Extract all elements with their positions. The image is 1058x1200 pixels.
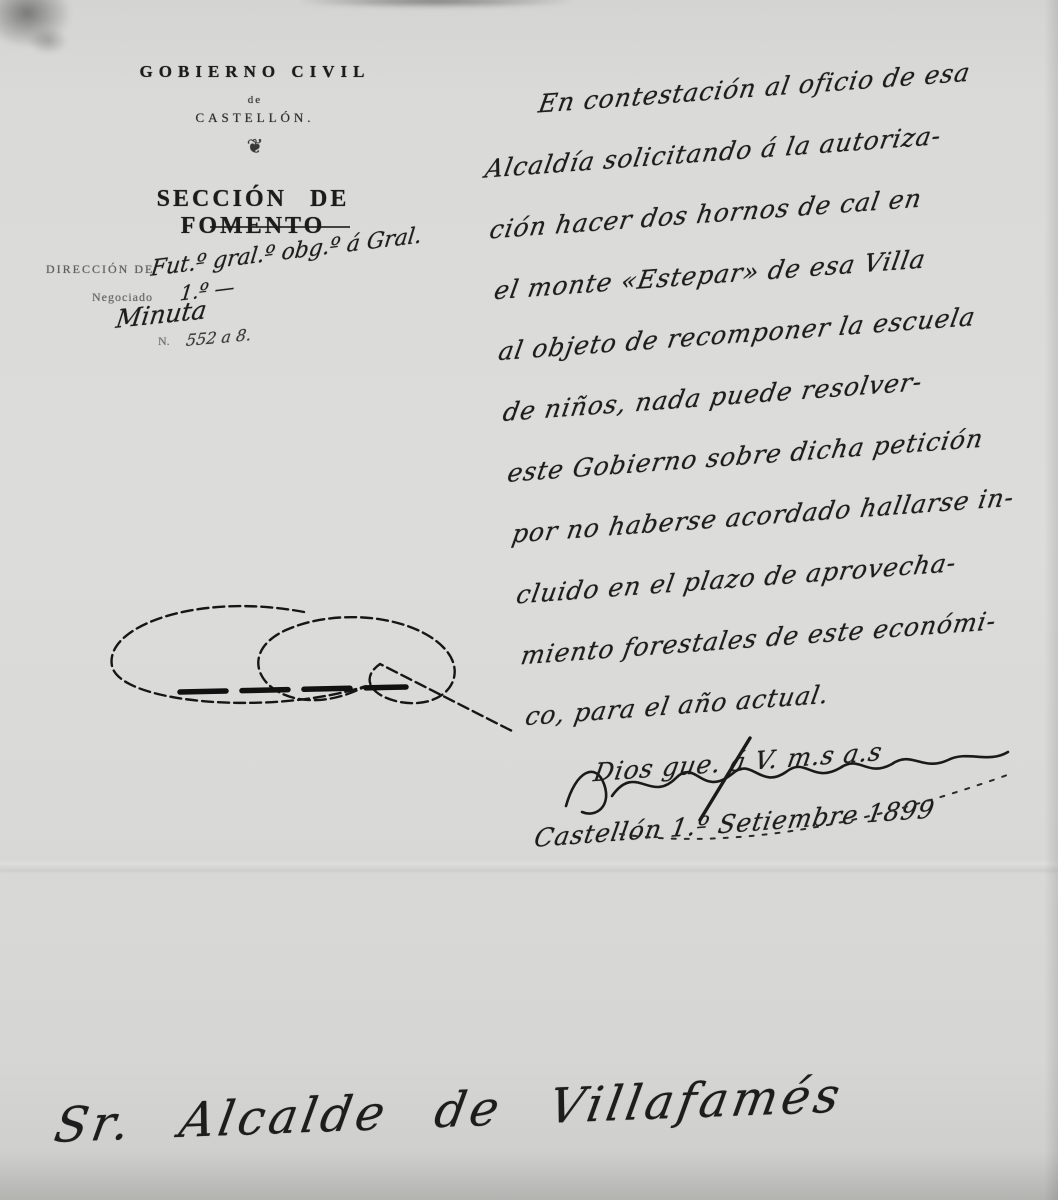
letterhead-organization: GOBIERNO CIVIL — [110, 62, 400, 82]
signature — [552, 732, 1032, 847]
signature-drawing — [552, 732, 1032, 847]
rubric-flourish-drawing — [68, 598, 518, 758]
letterhead-place: CASTELLÓN. — [110, 110, 400, 126]
numero-handwritten-value: 552 a 8. — [185, 325, 253, 350]
rubric-flourish — [68, 598, 518, 758]
letterhead-de: de — [110, 94, 400, 106]
scan-smudge-small — [28, 28, 68, 54]
scan-smudge-top-center — [300, 0, 570, 8]
numero-label: N. — [158, 334, 170, 349]
scanned-letter-page: { "document": { "letterhead": { "org": "… — [0, 0, 1058, 1200]
fleuron-ornament-icon: ❦ — [110, 134, 400, 159]
recipient-address: Sr. Alcalde de Villafamés — [50, 1066, 879, 1154]
direccion-label: DIRECCIÓN DE — [46, 262, 154, 277]
section-underline — [210, 226, 350, 228]
